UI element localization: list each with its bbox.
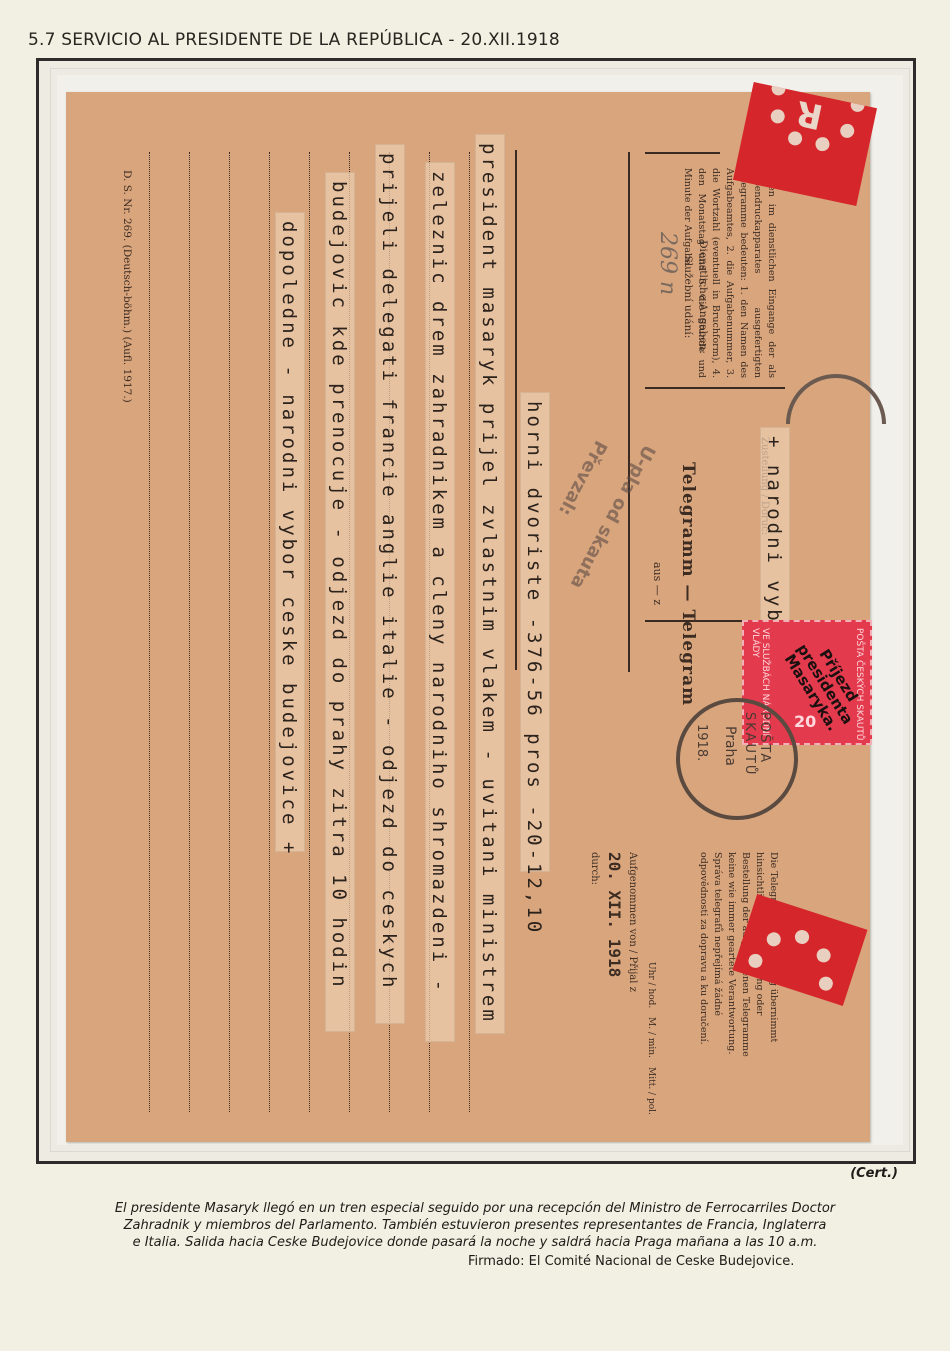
stamp-value: 20	[794, 712, 816, 731]
message-strip-2: president masaryk prijel zvlastnim vlake…	[475, 134, 505, 1034]
dotted-line	[149, 152, 150, 1112]
rule	[645, 152, 720, 154]
caption-signature: Firmado: El Comité Nacional de Ceske Bud…	[468, 1254, 794, 1269]
time-label-hour: Uhr / hod.	[643, 962, 658, 1008]
telegram-form-rotated: Daten im dienstlichen Eingange der als T…	[66, 92, 870, 1142]
postmark-text: POŠTA SKAUTŮ	[742, 712, 772, 816]
message-strip-6: dopoledne - narodni vybor ceske budejovi…	[275, 212, 305, 852]
page-title: 5.7 SERVICIO AL PRESIDENTE DE LA REPÚBLI…	[28, 30, 560, 50]
postmark-year: 1918.	[694, 724, 709, 761]
service-label-cz: Služební udání:	[680, 212, 695, 382]
dotted-line	[309, 152, 310, 1112]
handstamp-prevzal: Převzal:	[557, 438, 609, 517]
message-strip-1: horni dvoriste -376-56 pros -20-12,10	[520, 392, 550, 872]
dotted-line	[189, 152, 190, 1112]
message-strip-5: budejovic kde prenocuje - odjezd do prah…	[325, 172, 355, 1032]
postmark-city: Praha	[722, 726, 738, 766]
service-handwritten: 269 n	[655, 232, 680, 295]
time-label-minute: M. / min.	[643, 1017, 658, 1058]
dotted-line	[229, 152, 230, 1112]
durch-label: durch:	[587, 852, 602, 885]
message-strip-4: prijeli delegati francie anglie italie -…	[375, 144, 405, 1024]
form-number: D. S. Nr. 269. (Deutsch-böhm.) (Aufl. 19…	[119, 170, 134, 403]
dotted-line	[269, 152, 270, 1112]
postmark: POŠTA SKAUTŮ Praha 1918.	[676, 698, 798, 820]
rule	[645, 387, 785, 389]
received-label: Aufgenommen von / Přijal z	[625, 852, 640, 1082]
rule	[628, 152, 630, 672]
caption-line-2: Zahradnik y miembros del Parlamento. Tam…	[0, 1218, 950, 1234]
caption-line-1: El presidente Masaryk llegó en un tren e…	[0, 1201, 950, 1217]
rule	[515, 150, 517, 670]
caption-line-3: e Italia. Salida hacia Ceske Budejovice …	[0, 1235, 950, 1251]
certificate-note: (Cert.)	[850, 1166, 898, 1181]
received-date: 20. XII. 1918	[607, 852, 622, 977]
message-strip-3: zeleznic drem zahradnikem a cleny narodn…	[425, 162, 455, 1042]
dotted-line	[469, 152, 470, 1112]
time-label-midday: Mitt. / pol.	[643, 1067, 658, 1115]
telegram-form: Daten im dienstlichen Eingange der als T…	[66, 92, 870, 1142]
telegram-header: Telegramm — Telegram	[680, 462, 695, 706]
service-label-de: Dienstliche Angaben:	[695, 212, 710, 382]
aus-label: aus — z	[650, 562, 665, 605]
